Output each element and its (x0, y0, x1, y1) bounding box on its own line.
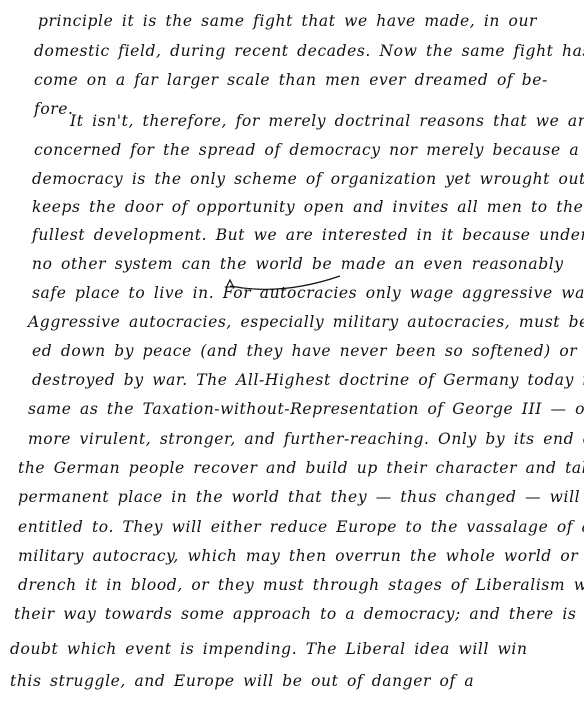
manuscript-line: destroyed by war. The All-Highest doctri… (32, 373, 584, 389)
manuscript-line: their way towards some approach to a dem… (14, 607, 584, 623)
manuscript-line: Aggressive autocracies, especially milit… (28, 315, 584, 331)
manuscript-line: keeps the door of opportunity open and i… (32, 200, 584, 216)
insertion-arrow-icon (222, 270, 342, 290)
manuscript-line: entitled to. They will either reduce Eur… (18, 520, 584, 536)
manuscript-page: principle it is the same fight that we h… (0, 0, 584, 704)
manuscript-line: the German people recover and build up t… (18, 461, 584, 477)
manuscript-line: fore. (34, 102, 74, 118)
manuscript-line: this struggle, and Europe will be out of… (10, 674, 474, 690)
manuscript-line: drench it in blood, or they must through… (18, 578, 584, 594)
manuscript-line: domestic field, during recent decades. N… (34, 44, 584, 60)
manuscript-line: fullest development. But we are interest… (32, 228, 584, 244)
manuscript-line: doubt which event is impending. The Libe… (10, 642, 528, 658)
manuscript-line: principle it is the same fight that we h… (38, 14, 537, 30)
manuscript-line: It isn't, therefore, for merely doctrina… (70, 114, 584, 130)
manuscript-line: same as the Taxation-without-Representat… (28, 402, 584, 418)
manuscript-line: military autocracy, which may then overr… (18, 549, 578, 565)
manuscript-line: concerned for the spread of democracy no… (34, 143, 579, 159)
manuscript-line: come on a far larger scale than men ever… (34, 73, 548, 89)
manuscript-line: ed down by peace (and they have never be… (32, 344, 577, 360)
manuscript-line: permanent place in the world that they —… (18, 490, 584, 506)
manuscript-line: more virulent, stronger, and further-rea… (28, 432, 584, 448)
manuscript-line: democracy is the only scheme of organiza… (32, 172, 584, 188)
